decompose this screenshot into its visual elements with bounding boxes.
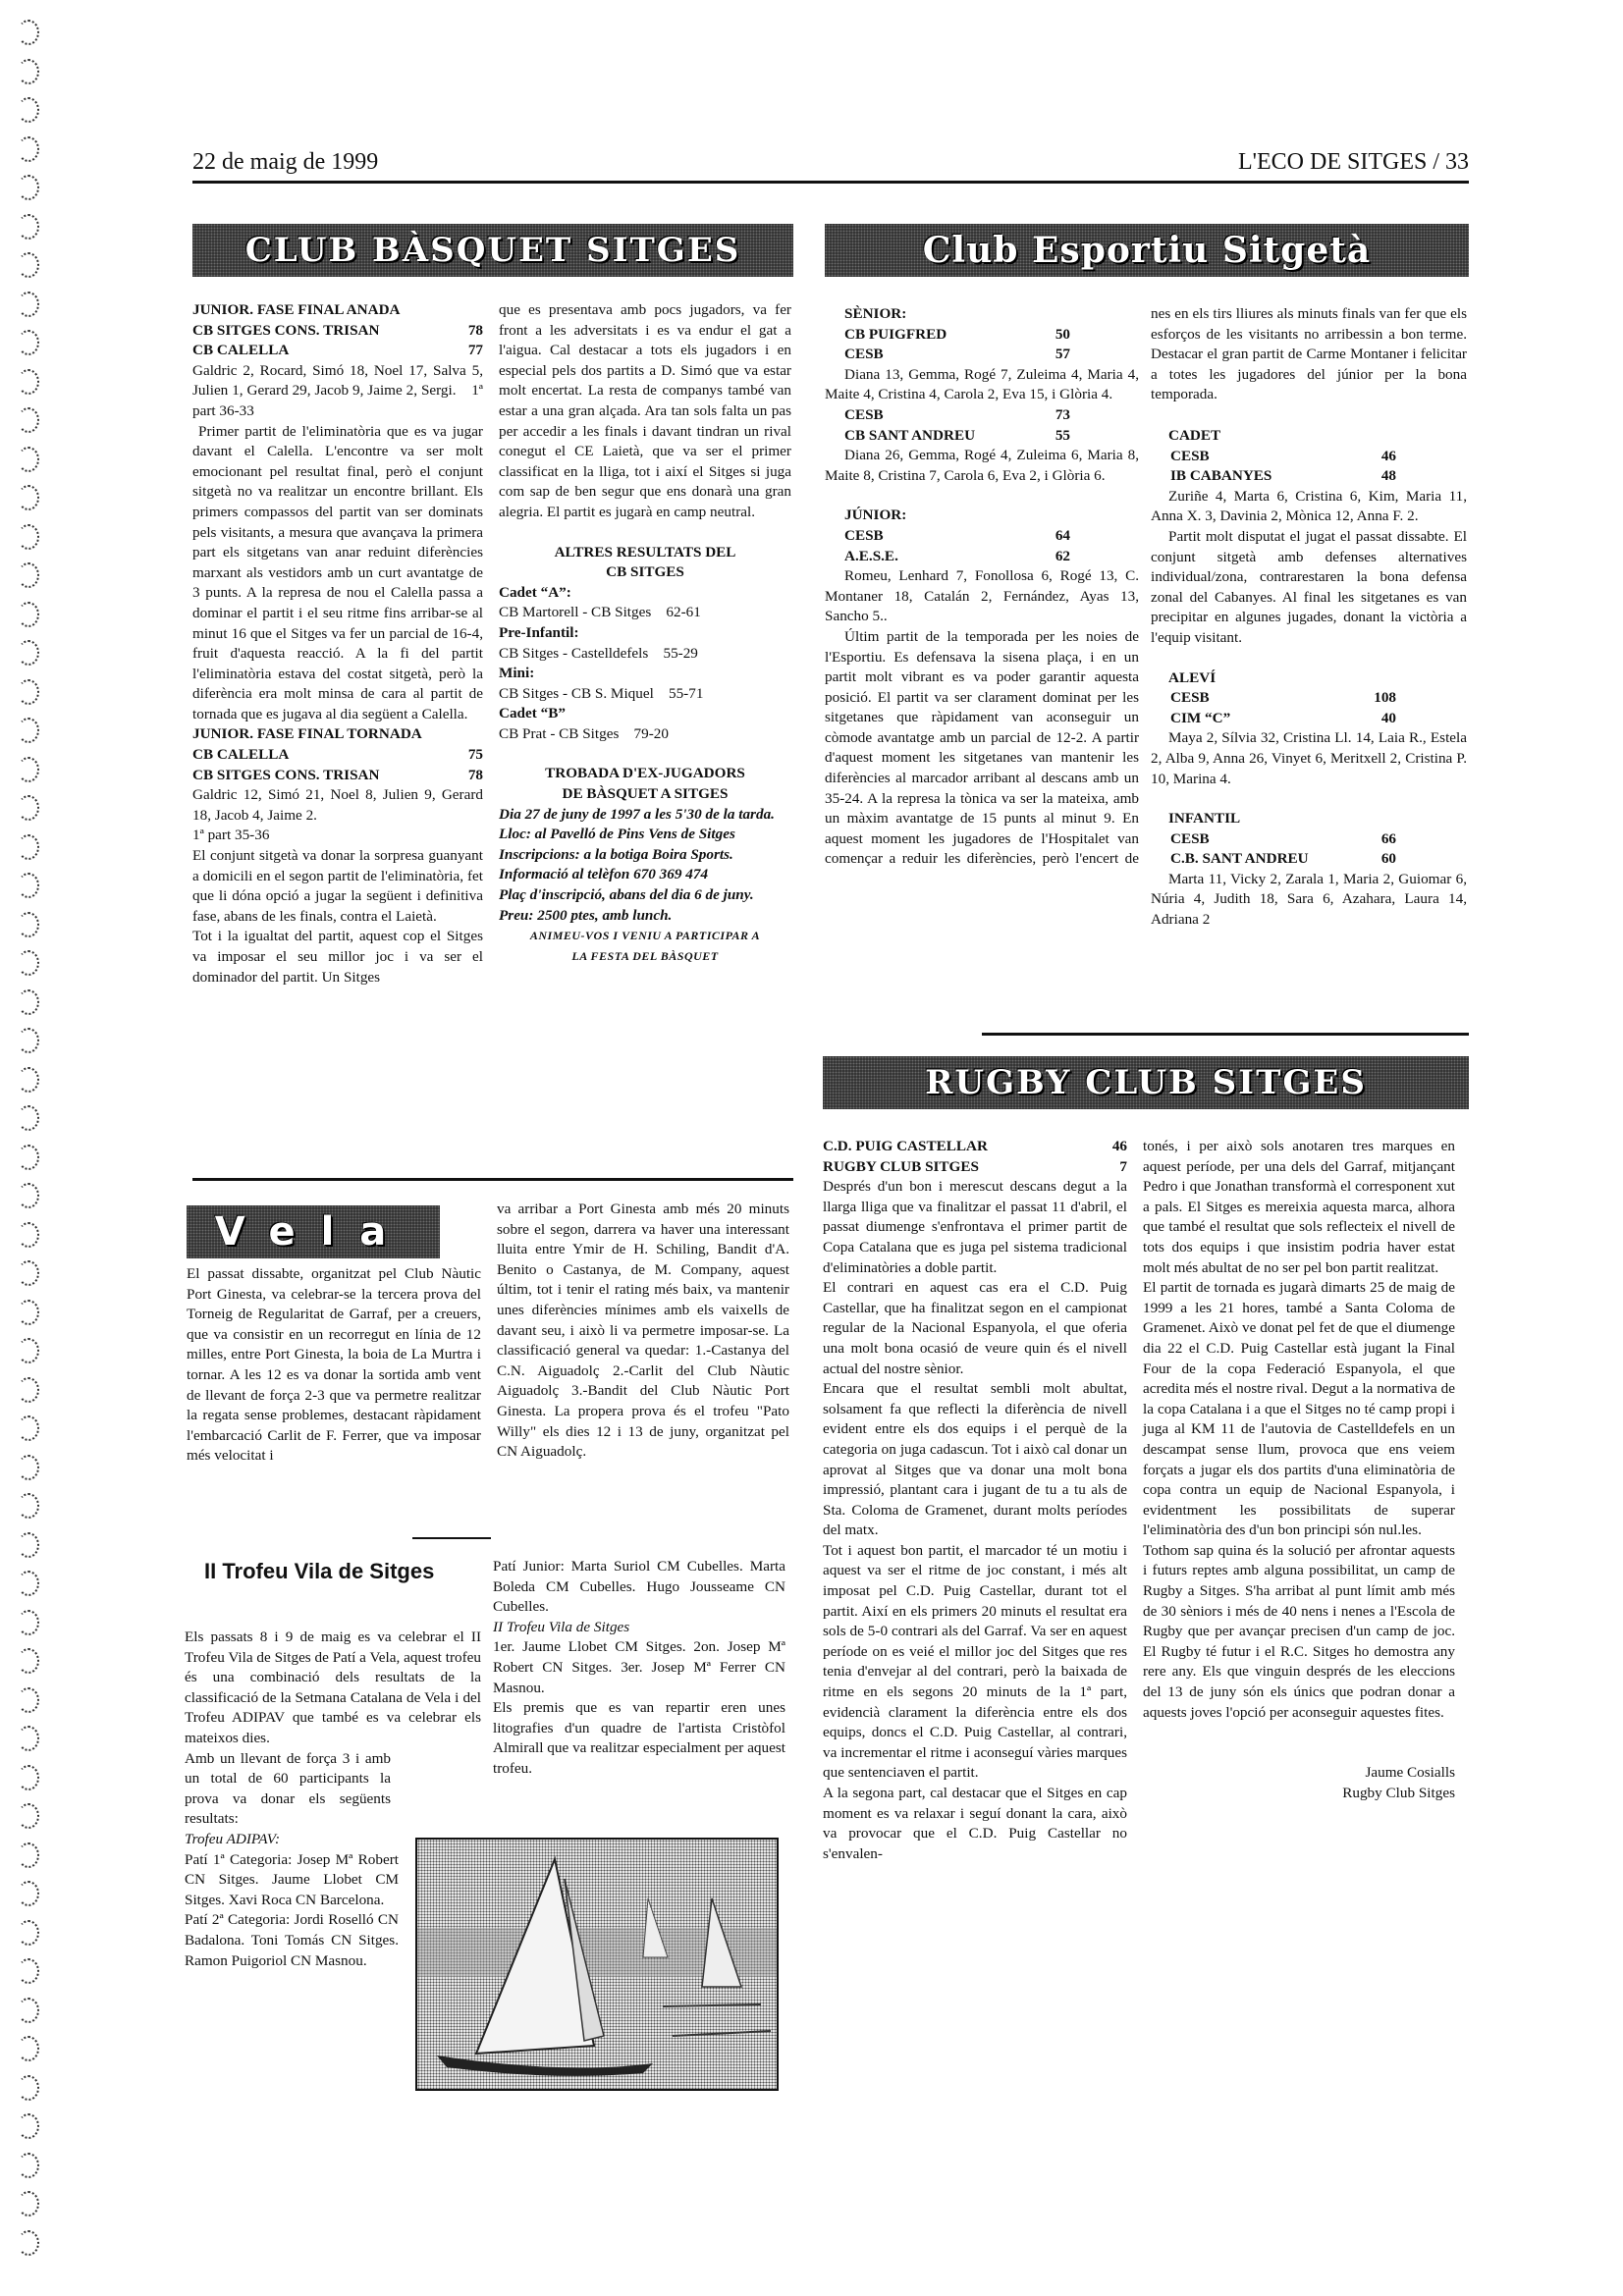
cadet-score: IB CABANYES48 [1151,466,1396,487]
binder-ring-icon [18,1842,39,1868]
senior-score: CESB57 [825,345,1070,365]
altres-heading-2: CB SITGES [499,562,791,583]
junior-score: A.E.S.E.62 [825,547,1070,567]
anada-score-2: CB CALELLA77 [192,341,483,361]
esportiu-banner-title: Club Esportiu Sitgetà [923,230,1371,271]
alevi-score: CESB108 [1151,688,1396,709]
score: 75 [468,745,483,766]
infantil-score: CESB66 [1151,829,1396,850]
binder-ring-icon [18,1338,39,1363]
junior-heading: JÚNIOR: [825,506,1139,526]
adipav-cat2: Patí 2ª Categoria: Jordi Roselló CN Bada… [185,1910,399,1971]
junior-score: CESB64 [825,526,1070,547]
trofeu-col-2: Patí Junior: Marta Suriol CM Cubelles. M… [493,1557,785,1780]
esportiu-col-2: nes en els tirs lliures als minuts final… [1151,304,1467,931]
publication-page: L'ECO DE SITGES / 33 [1238,149,1469,176]
cadet-heading: CADET [1151,426,1467,447]
result-line: CB Sitges - Castelldefels 55-29 [499,644,791,665]
senior-score: CB SANT ANDREU55 [825,426,1070,447]
author-org: Rugby Club Sitges [1143,1783,1455,1803]
binder-ring-icon [18,1377,39,1403]
junior-body: Últim partit de la temporada per les noi… [825,627,1139,873]
trobada-line: Dia 27 de juny de 1997 a les 5'30 de la … [499,805,791,826]
binder-ring-icon [18,292,39,317]
vela-banner-title: Vela [215,1209,412,1255]
binder-holes [8,20,37,2277]
trobada-details: Dia 27 de juny de 1997 a les 5'30 de la … [499,805,791,927]
altres-results-list: Cadet “A”:CB Martorell - CB Sitges 62-61… [499,583,791,745]
score: 40 [1381,709,1396,729]
issue-date: 22 de maig de 1999 [192,149,378,176]
adipav-cat1: Patí 1ª Categoria: Josep Mª Robert CN Si… [185,1850,399,1911]
rugby-para-2: El contrari en aquest cas era el C.D. Pu… [823,1278,1127,1379]
trobada-closing-2: LA FESTA DEL BÀSQUET [499,946,791,967]
binder-ring-icon [18,602,39,627]
score: 62 [1055,547,1070,567]
basquet-banner: CLUB BÀSQUET SITGES [192,224,793,277]
senior-score: CB PUIGFRED50 [825,325,1070,346]
binder-ring-icon [18,2036,39,2061]
sailboat-illustration-icon [417,1840,777,2089]
esportiu-banner: Club Esportiu Sitgetà [825,224,1469,277]
score: 46 [1381,447,1396,467]
divider [192,1178,793,1181]
divider [982,1033,1469,1036]
team: CB SANT ANDREU [844,426,975,447]
team: CB SITGES CONS. TRISAN [192,321,379,342]
team: CB SITGES CONS. TRISAN [192,766,379,786]
binder-ring-icon [18,1415,39,1441]
binder-ring-icon [18,1455,39,1480]
tornada-half: 1ª part 35-36 [192,826,483,846]
binder-ring-icon [18,1222,39,1248]
binder-ring-icon [18,2230,39,2256]
binder-ring-icon [18,2191,39,2216]
binder-ring-icon [18,59,39,84]
binder-ring-icon [18,1300,39,1325]
anada-body: Primer partit de l'eliminatòria que es v… [192,422,483,725]
score: 60 [1381,849,1396,870]
trofeu-body-2: Amb un llevant de força 3 i amb un total… [185,1749,391,1830]
binder-ring-icon [18,1998,39,2023]
tornada-body-3: que es presentava amb pocs jugadors, va … [499,300,791,523]
binder-ring-icon [18,1881,39,1906]
team: CESB [844,526,884,547]
anada-players: Galdric 2, Rocard, Simó 18, Noel 17, Sal… [192,362,483,400]
trobada-closing: ANIMEU-VOS I VENIU A PARTICIPAR A [499,926,791,946]
team: CB CALELLA [192,745,289,766]
binder-ring-icon [18,679,39,705]
binder-ring-icon [18,834,39,860]
trobada-line: Preu: 2500 ptes, amb lunch. [499,906,791,927]
result-category: Mini: [499,664,791,684]
infantil-heading: INFANTIL [1151,809,1467,829]
binder-ring-icon [18,1726,39,1751]
infantil-score: C.B. SANT ANDREU60 [1151,849,1396,870]
score: 57 [1055,345,1070,365]
cadet-body: Partit molt disputat el jugat el passat … [1151,527,1467,649]
alevi-heading: ALEVÍ [1151,668,1467,689]
trofeu-body-1: Els passats 8 i 9 de maig es va celebrar… [185,1628,481,1749]
binder-ring-icon [18,1958,39,1984]
binder-ring-icon [18,757,39,782]
rugby-para-8: Tothom sap quina és la solució per afron… [1143,1541,1455,1723]
team: CESB [844,405,884,426]
score: 64 [1055,526,1070,547]
score: 108 [1374,688,1396,709]
score: 55 [1055,426,1070,447]
trofeu-junior: Patí Junior: Marta Suriol CM Cubelles. M… [493,1557,785,1618]
cadet-players: Zuriñe 4, Marta 6, Cristina 6, Kim, Mari… [1151,487,1467,527]
rugby-col-1: C.D. PUIG CASTELLAR46 RUGBY CLUB SITGES7… [823,1137,1127,1864]
binder-ring-icon [18,369,39,395]
senior-score: CESB73 [825,405,1070,426]
binder-ring-icon [18,1610,39,1635]
score: 50 [1055,325,1070,346]
binder-ring-icon [18,252,39,278]
binder-ring-icon [18,989,39,1015]
binder-ring-icon [18,950,39,976]
result-category: Cadet “A”: [499,583,791,604]
binder-ring-icon [18,1183,39,1208]
rugby-para-7: El partit de tornada es jugarà dimarts 2… [1143,1278,1455,1541]
binder-ring-icon [18,718,39,743]
score: 46 [1112,1137,1127,1157]
binder-ring-icon [18,873,39,898]
page-header: 22 de maig de 1999 L'ECO DE SITGES / 33 [192,145,1469,184]
rugby-score-1: C.D. PUIG CASTELLAR46 [823,1137,1127,1157]
team: CB PUIGFRED [844,325,947,346]
trobada-heading: TROBADA D'EX-JUGADORS [499,764,791,784]
binder-ring-icon [18,1803,39,1829]
team: C.B. SANT ANDREU [1170,849,1309,870]
senior-players-2: Diana 26, Gemma, Rogé 4, Zuleima 6, Mari… [825,446,1139,486]
infantil-players: Marta 11, Vicky 2, Zarala 1, Maria 2, Gu… [1151,870,1467,931]
result-line: CB Prat - CB Sitges 79-20 [499,724,791,745]
binder-ring-icon [18,1648,39,1674]
binder-ring-icon [18,1920,39,1946]
tornada-score-2: CB SITGES CONS. TRISAN78 [192,766,483,786]
binder-ring-icon [18,1260,39,1286]
alevi-players: Maya 2, Sílvia 32, Cristina Ll. 14, Laia… [1151,728,1467,789]
rugby-para-1: Després d'un bon i merescut descans degu… [823,1177,1127,1278]
binder-ring-icon [18,2113,39,2139]
team: CESB [1170,688,1210,709]
rugby-para-5: A la segona part, cal destacar que el Si… [823,1784,1127,1864]
binder-ring-icon [18,912,39,937]
binder-ring-icon [18,1687,39,1713]
binder-ring-icon [18,485,39,510]
team: IB CABANYES [1170,466,1271,487]
binder-ring-icon [18,407,39,433]
tornada-score-1: CB CALELLA75 [192,745,483,766]
result-line: CB Sitges - CB S. Miquel 55-71 [499,684,791,705]
senior-heading: SÈNIOR: [825,304,1139,325]
score: 48 [1381,466,1396,487]
trobada-line: Inscripcions: a la botiga Boira Sports. [499,845,791,866]
team: CIM “C” [1170,709,1230,729]
binder-ring-icon [18,97,39,123]
score: 73 [1055,405,1070,426]
vela-body-2: va arribar a Port Ginesta amb més 20 min… [497,1200,789,1463]
basquet-banner-title: CLUB BÀSQUET SITGES [245,231,741,270]
rugby-banner: RUGBY CLUB SITGES [823,1056,1469,1109]
binder-ring-icon [18,330,39,355]
sailboat-photo [415,1838,779,2091]
binder-ring-icon [18,2075,39,2101]
team: CESB [844,345,884,365]
score: 66 [1381,829,1396,850]
rugby-para-4: Tot i aquest bon partit, el marcador té … [823,1541,1127,1784]
result-category: Pre-Infantil: [499,623,791,644]
vela-col-1: El passat dissabte, organitzat pel Club … [187,1264,481,1467]
tornada-players: Galdric 12, Simó 21, Noel 8, Julien 9, G… [192,785,483,826]
tornada-body-1: El conjunt sitgetà va donar la sorpresa … [192,846,483,927]
binder-ring-icon [18,136,39,162]
trobada-line: Informació al telèfon 670 369 474 [499,865,791,885]
rugby-score-2: RUGBY CLUB SITGES7 [823,1157,1127,1178]
binder-ring-icon [18,447,39,472]
team: RUGBY CLUB SITGES [823,1157,979,1178]
anada-heading: JUNIOR. FASE FINAL ANADA [192,300,483,321]
result-line: CB Martorell - CB Sitges 62-61 [499,603,791,623]
tornada-body-2: Tot i la igualtat del partit, aquest cop… [192,927,483,988]
trobada-line: Lloc: al Pavelló de Pins Vens de Sitges [499,825,791,845]
author-name: Jaume Cosialls [1143,1762,1455,1783]
score: 78 [468,321,483,342]
binder-ring-icon [18,1105,39,1131]
esportiu-col-1: SÈNIOR: CB PUIGFRED50 CESB57 Diana 13, G… [825,304,1139,873]
team: A.E.S.E. [844,547,898,567]
team: CB CALELLA [192,341,289,361]
rugby-banner-title: RUGBY CLUB SITGES [925,1063,1367,1102]
binder-ring-icon [18,640,39,666]
trofeu-title: II Trofeu Vila de Sitges [204,1559,434,1584]
result-category: Cadet “B” [499,704,791,724]
junior-players: Romeu, Lenhard 7, Fonollosa 6, Rogé 13, … [825,566,1139,627]
vila-heading: II Trofeu Vila de Sitges [493,1618,785,1638]
team: CESB [1170,447,1210,467]
team: CESB [1170,829,1210,850]
binder-ring-icon [18,20,39,45]
score: 78 [468,766,483,786]
team: C.D. PUIG CASTELLAR [823,1137,988,1157]
binder-ring-icon [18,795,39,821]
tornada-heading: JUNIOR. FASE FINAL TORNADA [192,724,483,745]
altres-heading: ALTRES RESULTATS DEL [499,543,791,563]
basquet-col-2: que es presentava amb pocs jugadors, va … [499,300,791,966]
binder-ring-icon [18,1145,39,1170]
binder-ring-icon [18,562,39,588]
divider [412,1537,491,1539]
binder-ring-icon [18,524,39,550]
rugby-para-3: Encara que el resultat sembli molt abult… [823,1379,1127,1541]
score: 7 [1119,1157,1127,1178]
binder-ring-icon [18,1067,39,1093]
vela-banner: Vela [187,1205,440,1258]
binder-ring-icon [18,2153,39,2178]
binder-ring-icon [18,214,39,240]
binder-ring-icon [18,1028,39,1053]
binder-ring-icon [18,175,39,200]
basquet-col-1: JUNIOR. FASE FINAL ANADA CB SITGES CONS.… [192,300,483,988]
binder-ring-icon [18,1571,39,1596]
alevi-score: CIM “C”40 [1151,709,1396,729]
cadet-score: CESB46 [1151,447,1396,467]
trofeu-premis: Els premis que es van repartir eren unes… [493,1698,785,1779]
vela-col-2: va arribar a Port Ginesta amb més 20 min… [497,1200,789,1463]
vila-results: 1er. Jaume Llobet CM Sitges. 2on. Josep … [493,1637,785,1698]
binder-ring-icon [18,1765,39,1790]
vela-body-1: El passat dissabte, organitzat pel Club … [187,1264,481,1467]
rugby-para-6: tonés, i per això sols anotaren tres mar… [1143,1137,1455,1278]
senior-players-1: Diana 13, Gemma, Rogé 7, Zuleima 4, Mari… [825,365,1139,405]
trobada-heading-2: DE BÀSQUET A SITGES [499,784,791,805]
rugby-col-2: tonés, i per això sols anotaren tres mar… [1143,1137,1455,1803]
binder-ring-icon [18,1493,39,1519]
score: 77 [468,341,483,361]
binder-ring-icon [18,1532,39,1558]
trobada-line: Plaç d'inscripció, abans del dia 6 de ju… [499,885,791,906]
anada-score-1: CB SITGES CONS. TRISAN78 [192,321,483,342]
